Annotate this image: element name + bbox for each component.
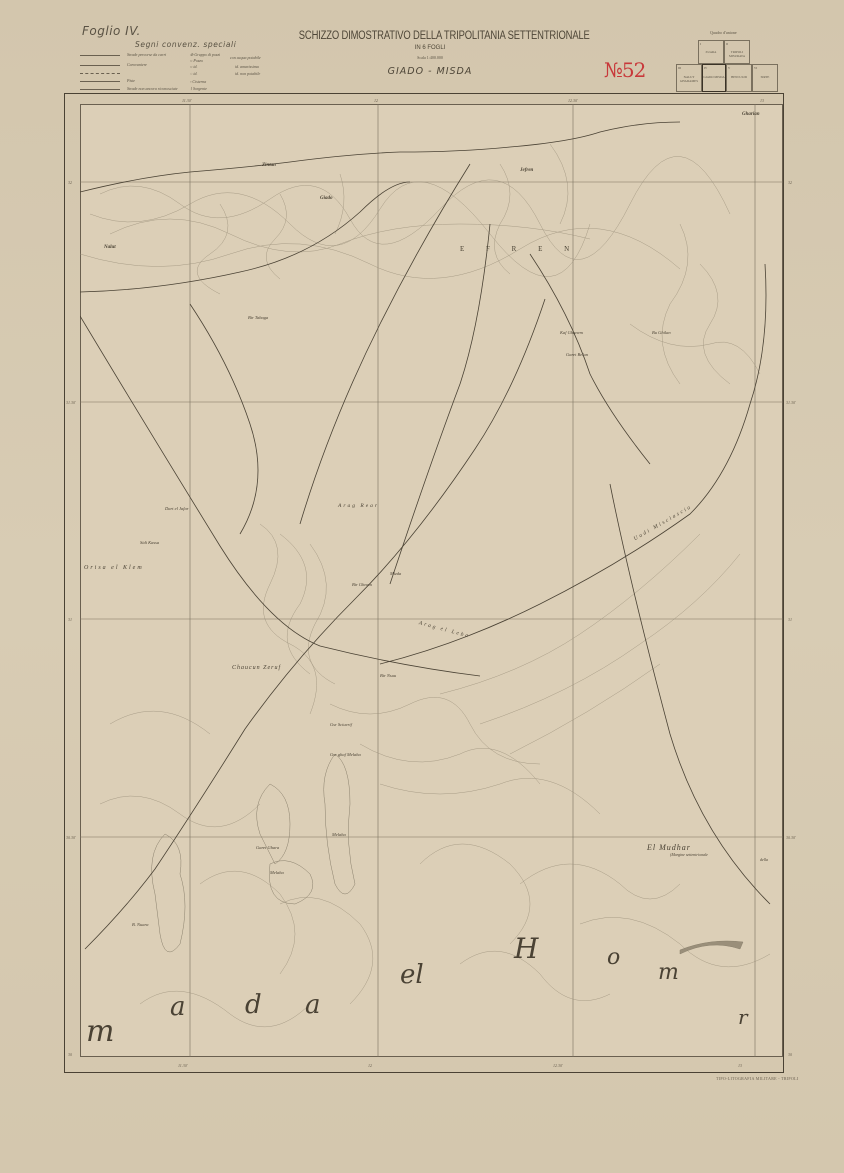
place-label: Melaha	[270, 870, 284, 875]
region-label: Arag Rear	[338, 503, 379, 509]
index-cell: IZUARA	[698, 40, 724, 64]
region-label: E F R E N	[460, 245, 579, 253]
place-label: Zintan	[262, 163, 276, 168]
region-letter: a	[170, 992, 196, 1022]
coord-label: 30	[788, 1052, 792, 1057]
legend-qualifier: id. non potabile	[235, 71, 260, 76]
region-letter: o	[607, 945, 630, 970]
region-letter: el	[400, 960, 424, 990]
region-letter: r	[738, 1005, 758, 1029]
coord-label: 12	[374, 98, 378, 103]
region-letter: m	[658, 960, 689, 985]
region-letter: H	[514, 932, 548, 965]
coord-label: 12.30'	[568, 98, 578, 103]
coord-label: 30.30'	[786, 835, 796, 840]
map-subtitle: IN 6 FOGLI	[270, 45, 590, 51]
index-map-title: Quadro d'unione	[710, 30, 737, 35]
cistern-icon: ▫ Cisterna	[190, 79, 206, 84]
well-icon: ○ id.	[190, 64, 198, 69]
legend-line-solid	[80, 65, 120, 66]
place-label: Mizda	[390, 571, 401, 576]
legend-line-solid	[80, 89, 120, 90]
legend-row: Strade percorse da carri	[80, 52, 180, 60]
coord-label: 30.30'	[66, 835, 76, 840]
place-label: Bu Ghilan	[652, 330, 671, 335]
place-label: Melaha	[332, 832, 346, 837]
index-cell-current: IVGIADO MISDA	[702, 64, 726, 92]
place-label: Bir Nsuu	[380, 673, 396, 678]
title-block: SCHIZZO DIMOSTRATIVO DELLA TRIPOLITANIA …	[270, 30, 590, 77]
legend-title: Segni convenz. speciali	[135, 40, 236, 49]
legend-line-dashed	[80, 73, 120, 74]
coord-label: 32	[788, 180, 792, 185]
coord-label: 13	[760, 98, 764, 103]
index-cell: VBENI ULID	[726, 64, 752, 92]
region-label-el-mudhar: El Mudhar	[647, 843, 691, 852]
map-title: SCHIZZO DIMOSTRATIVO DELLA TRIPOLITANIA …	[299, 30, 561, 42]
coord-label: 12.30'	[553, 1063, 563, 1068]
index-cell: VISIRTE	[752, 64, 778, 92]
place-label: Garet Belun	[566, 352, 588, 357]
map-scale: Scala 1:400.000	[270, 55, 590, 60]
coord-label: 31.30'	[66, 400, 76, 405]
region-label: Chaucun Zeruf	[232, 665, 281, 671]
map-sheet: Foglio IV. Segni convenz. speciali Strad…	[0, 0, 844, 1173]
place-label: Jefren	[520, 168, 533, 173]
coord-label: 12	[368, 1063, 372, 1068]
graticule	[80, 104, 783, 1057]
place-label: Nalut	[104, 245, 116, 250]
region-note: (Margine settentrionale	[670, 852, 708, 857]
region-letter: d	[245, 990, 272, 1020]
sheet-label: Foglio IV.	[82, 24, 141, 38]
place-label: Giado	[320, 196, 333, 201]
well-group-icon: ⊕ Gruppo di pozzi	[190, 52, 220, 57]
salt-flats	[152, 754, 743, 954]
map-drawing	[80, 104, 783, 1057]
place-label: Gsr Sciuerif	[330, 722, 352, 727]
place-label: Bir Tabaga	[248, 315, 268, 320]
coord-label: 32	[68, 180, 72, 185]
legend-line-solid	[80, 55, 120, 56]
place-label: B. Nuara	[132, 922, 149, 927]
well-icon: ○ Pozzo	[190, 58, 203, 63]
index-map: Quadro d'unione IZUARA IITRIPOLI MISURAT…	[676, 30, 786, 92]
coord-label: 11.30'	[182, 98, 192, 103]
legend: Segni convenz. speciali Strade percorse …	[80, 40, 280, 92]
region-label: Orisa el Klem	[84, 565, 144, 571]
region-letter: a	[305, 990, 331, 1020]
coord-label: 13	[738, 1063, 742, 1068]
region-note: della	[760, 857, 768, 862]
legend-qualifier: con acqua potabile	[230, 55, 261, 60]
place-label: Gsr ghaf Melaha	[330, 752, 361, 757]
index-cell: IIINALUT GHADAMES	[676, 64, 702, 92]
coord-label: 30	[68, 1052, 72, 1057]
place-label: Sidi Kassa	[140, 540, 159, 545]
sheet-name: GIADO - MISDA	[270, 66, 590, 77]
place-label: Kaf Ghanem	[560, 330, 583, 335]
place-label: Bir Ghnem	[352, 582, 372, 587]
legend-row: Carovaniere	[80, 62, 180, 70]
coord-label: 31	[788, 617, 792, 622]
well-icon: ◌ id.	[190, 71, 198, 76]
legend-row: Piste	[80, 78, 180, 86]
region-letter: m	[86, 1014, 124, 1049]
coord-label: 31.30'	[786, 400, 796, 405]
legend-row	[80, 70, 180, 78]
sheet-number: №52	[604, 58, 645, 82]
place-label: Gharian	[742, 112, 760, 117]
caravan-routes	[80, 122, 770, 949]
printer-credit: TIPO-LITOGRAFIA MILITARE - TRIPOLI	[716, 1076, 799, 1081]
spring-icon: ⌇ Sorgente	[190, 86, 207, 91]
place-label: Dart el Jafar	[165, 506, 189, 511]
legend-line-solid	[80, 81, 120, 82]
place-label: Garet Ghara	[256, 845, 279, 850]
terrain-hachures	[80, 144, 770, 1027]
legend-qualifier: id. amarissima	[235, 64, 259, 69]
coord-label: 11.30'	[178, 1063, 188, 1068]
coord-label: 31	[68, 617, 72, 622]
index-cell: IITRIPOLI MISURATA	[724, 40, 750, 64]
